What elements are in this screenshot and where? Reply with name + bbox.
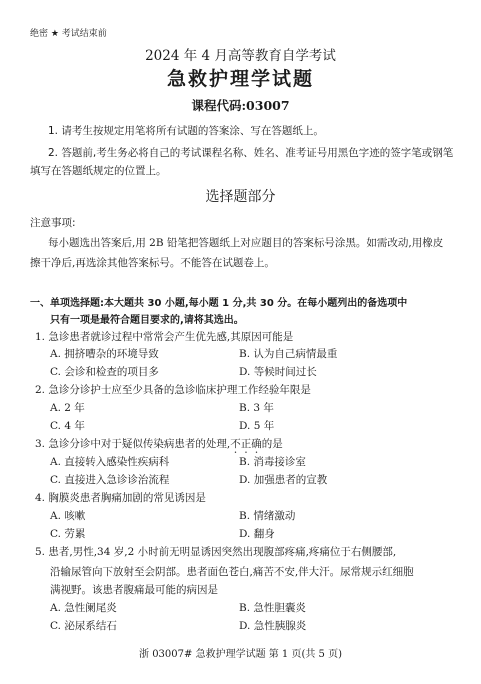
question-5-stem-line1: 5. 患者,男性,34 岁,2 小时前无明显诱因突然出现腹部疼痛,疼痛位于右侧腰… bbox=[35, 544, 396, 559]
question-1-option-d: D. 等候时间过长 bbox=[239, 364, 317, 379]
page-title: 急救护理学试题 bbox=[0, 64, 481, 91]
instruction-2-line1: 2. 答题前,考生务必将自己的考试课程名称、姓名、准考证号用黑色字迹的签字笔或钢… bbox=[48, 145, 453, 160]
question-1-option-b: B. 认为自己病情最重 bbox=[239, 346, 337, 361]
question-5-stem-line2: 沿输尿管向下放射至会阴部。患者面色苍白,痛苦不安,伴大汗。尿常规示红细胞 bbox=[50, 564, 414, 579]
question-2-option-b: B. 3 年 bbox=[239, 400, 274, 415]
question-4-option-b: B. 情绪激动 bbox=[239, 508, 295, 523]
part-heading-line1: 一、单项选择题:本大题共 30 小题,每小题 1 分,共 30 分。在每小题列出… bbox=[30, 294, 407, 309]
question-2-option-a: A. 2 年 bbox=[50, 400, 85, 415]
question-3-stem: 3. 急诊分诊中对于疑似传染病患者的处理,不正确的是 bbox=[35, 436, 283, 456]
question-1-option-c: C. 会诊和检查的项目多 bbox=[50, 364, 159, 379]
question-4-option-d: D. 翻身 bbox=[239, 526, 275, 541]
notice-line-1: 每小题选出答案后,用 2B 铅笔把答题纸上对应题目的答案标号涂黑。如需改动,用橡… bbox=[48, 235, 443, 250]
notice-label: 注意事项: bbox=[30, 215, 76, 230]
question-3-stem-prefix: 3. 急诊分诊中对于疑似传染病患者的处理, bbox=[35, 438, 230, 450]
question-3-option-a: A. 直接转入感染性疾病科 bbox=[50, 454, 169, 469]
course-code: 课程代码:03007 bbox=[0, 96, 481, 114]
question-5-option-c: C. 泌尿系结石 bbox=[50, 618, 117, 633]
question-2-option-c: C. 4 年 bbox=[50, 418, 85, 433]
question-5-option-d: D. 急性胰腺炎 bbox=[239, 618, 306, 633]
exam-session-line: 2024 年 4 月高等教育自学考试 bbox=[0, 44, 481, 64]
page-footer: 浙 03007# 急救护理学试题 第 1 页(共 5 页) bbox=[0, 645, 481, 660]
question-3-stem-emphasis: 不正确 bbox=[230, 438, 262, 450]
question-2-stem: 2. 急诊分诊护士应至少具备的急诊临床护理工作经验年限是 bbox=[35, 382, 311, 397]
question-2-option-d: D. 5 年 bbox=[239, 418, 274, 433]
question-3-stem-suffix: 的是 bbox=[262, 438, 283, 450]
part-heading-line2: 只有一项是最符合题目要求的,请将其选出。 bbox=[50, 311, 244, 326]
instruction-1: 1. 请考生按规定用笔将所有试题的答案涂、写在答题纸上。 bbox=[48, 123, 324, 138]
question-3-option-b: B. 消毒接诊室 bbox=[239, 454, 306, 469]
question-5-stem-line3: 满视野。该患者腹痛最可能的病因是 bbox=[50, 582, 218, 597]
question-5-option-b: B. 急性胆囊炎 bbox=[239, 600, 306, 615]
confidential-mark: 绝密 ★ 考试结束前 bbox=[30, 26, 107, 39]
section-title: 选择题部分 bbox=[0, 186, 481, 206]
question-4-option-a: A. 咳嗽 bbox=[50, 508, 85, 523]
notice-line-2: 擦干净后,再选涂其他答案标号。不能答在试题卷上。 bbox=[30, 255, 275, 270]
question-1-stem: 1. 急诊患者就诊过程中常常会产生优先感,其原因可能是 bbox=[35, 329, 293, 344]
question-3-option-d: D. 加强患者的宣教 bbox=[239, 472, 327, 487]
instruction-2-line2: 填写在答题纸规定的位置上。 bbox=[30, 163, 167, 178]
question-5-option-a: A. 急性阑尾炎 bbox=[50, 600, 117, 615]
question-3-option-c: C. 直接进入急诊诊治流程 bbox=[50, 472, 169, 487]
question-4-stem: 4. 胸膜炎患者胸痛加剧的常见诱因是 bbox=[35, 490, 206, 505]
question-1-option-a: A. 拥挤嘈杂的环境导致 bbox=[50, 346, 159, 361]
question-4-option-c: C. 劳累 bbox=[50, 526, 85, 541]
